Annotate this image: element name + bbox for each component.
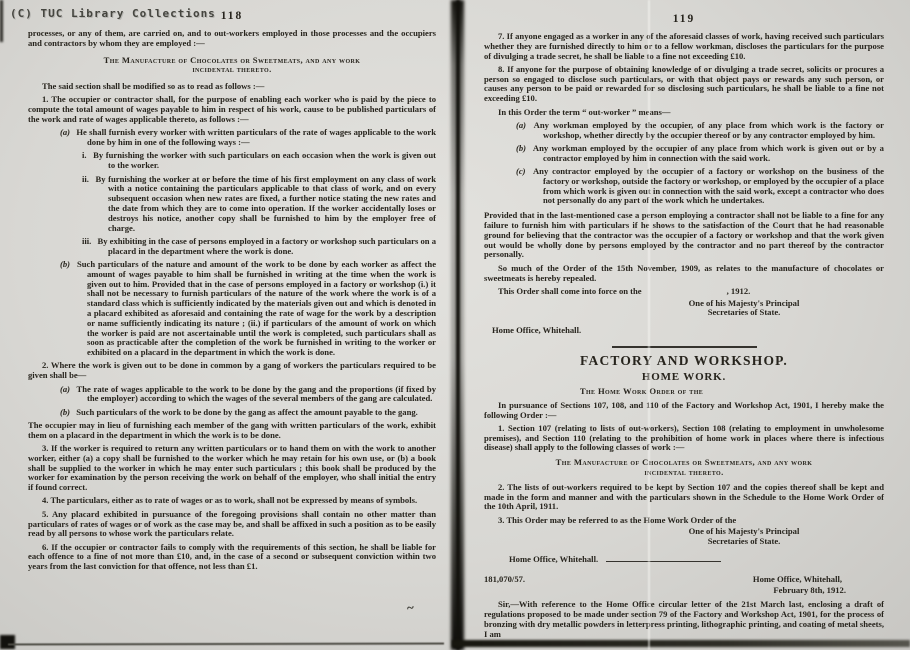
scan-bottom-band-right	[452, 640, 910, 647]
page-118: 118 processes, or any of them, are carri…	[28, 10, 436, 572]
scan-edge-left	[0, 0, 3, 42]
page-crease	[648, 0, 650, 650]
order-clause-2: 2. The lists of out-workers required to …	[484, 483, 884, 512]
item-label: (b)	[60, 259, 70, 269]
clause-1b: (b) Such particulars of the nature and a…	[60, 260, 436, 358]
heading-factory-and-workshop: FACTORY AND WORKSHOP.	[484, 353, 884, 368]
signature: One of his Majesty's PrincipalSecretarie…	[629, 299, 859, 319]
commencement: This Order shall come into force on the,…	[484, 287, 884, 297]
clause-3: 3. If the worker is required to return a…	[28, 444, 436, 493]
clause-1a-ii: ii. By furnishing the worker at or befor…	[82, 175, 436, 234]
modification-intro: The said section shall be modified so as…	[28, 82, 436, 92]
continuation-from-previous-page: processes, or any of them, are carried o…	[28, 29, 436, 49]
clause-2a: (a) The rate of wages applicable to the …	[60, 385, 436, 405]
order-clause-3: 3. This Order may be referred to as the …	[484, 516, 884, 526]
repeal-1909-order: So much of the Order of the 15th Novembe…	[484, 264, 884, 284]
item-label: (b)	[516, 143, 526, 153]
page-number-left: 118	[28, 10, 436, 22]
clause-2-note: The occupier may in lieu of furnishing e…	[28, 421, 436, 441]
item-label: (a)	[60, 384, 70, 394]
signature-2: One of his Majesty's PrincipalSecretarie…	[629, 527, 859, 547]
page-119: 119 7. If anyone engaged as a worker in …	[484, 13, 884, 640]
heading-home-work-order: The Home Work Order of the	[484, 387, 884, 397]
page-right-content: 7. If anyone engaged as a worker in any …	[484, 32, 884, 640]
clause-1a: (a) He shall furnish every worker with w…	[60, 128, 436, 148]
clause-1a-i: i. By furnishing the worker with such pa…	[82, 151, 436, 171]
reference-number-row: 181,070/57.Home Office, Whitehall,	[484, 575, 884, 585]
home-office-line: Home Office, Whitehall.	[509, 555, 884, 565]
pursuance-intro: In pursuance of Sections 107, 108, and 1…	[484, 401, 884, 421]
section-divider	[612, 346, 757, 348]
clause-4: 4. The particulars, either as to rate of…	[28, 496, 436, 506]
out-worker-a: (a) Any workman employed by the occupier…	[516, 121, 884, 141]
scanned-document-spread: (C) TUC Library Collections 118 processe…	[0, 0, 910, 650]
item-label: (a)	[516, 120, 526, 130]
clause-7: 7. If anyone engaged as a worker in any …	[484, 32, 884, 61]
item-label: (c)	[516, 166, 526, 176]
letter-opening: Sir,—With reference to the Home Office c…	[484, 600, 884, 639]
page-left-content: processes, or any of them, are carried o…	[28, 29, 436, 572]
out-worker-b: (b) Any workman employed by the occupier…	[516, 144, 884, 164]
item-label: iii.	[82, 236, 91, 246]
out-worker-definition-intro: In this Order the term “ out-worker ” me…	[484, 108, 884, 118]
scan-bottom-line-left	[8, 643, 444, 646]
heading-home-work: HOME WORK.	[484, 371, 884, 384]
heading-manufacture-of-chocolates: The Manufacture of Chocolates or Sweetme…	[28, 56, 436, 76]
scan-corner-bottom-left	[0, 635, 15, 649]
clause-2b: (b) Such particulars of the work to be d…	[60, 408, 436, 418]
page-number-right: 119	[484, 13, 884, 25]
item-label: (a)	[60, 127, 70, 137]
item-label: ii.	[82, 174, 89, 184]
item-label: (b)	[60, 407, 70, 417]
home-office-address: Home Office, Whitehall.	[492, 326, 884, 336]
book-gutter-line	[456, 0, 460, 650]
heading-manufacture-of-chocolates-2: The Manufacture of Chocolates or Sweetme…	[484, 458, 884, 478]
item-label: i.	[82, 150, 87, 160]
clause-1a-iii: iii. By exhibiting in the case of person…	[82, 237, 436, 257]
row-left-text: 181,070/57.	[484, 575, 525, 585]
clause-8: 8. If anyone for the purpose of obtainin…	[484, 65, 884, 104]
clause-1: 1. The occupier or contractor shall, for…	[28, 95, 436, 124]
ink-smudge-mark: ~	[406, 600, 415, 617]
order-clause-1: 1. Section 107 (relating to lists of out…	[484, 424, 884, 453]
clause-2: 2. Where the work is given out to be don…	[28, 361, 436, 381]
row-right-text: Home Office, Whitehall,	[753, 575, 842, 585]
date-line: February 8th, 1912.	[484, 586, 884, 596]
out-worker-c: (c) Any contractor employed by the occup…	[516, 167, 884, 206]
clause-5: 5. Any placard exhibited in pursuance of…	[28, 510, 436, 539]
proviso-contractor: Provided that in the last-mentioned case…	[484, 211, 884, 260]
clause-6: 6. If the occupier or contractor fails t…	[28, 543, 436, 572]
